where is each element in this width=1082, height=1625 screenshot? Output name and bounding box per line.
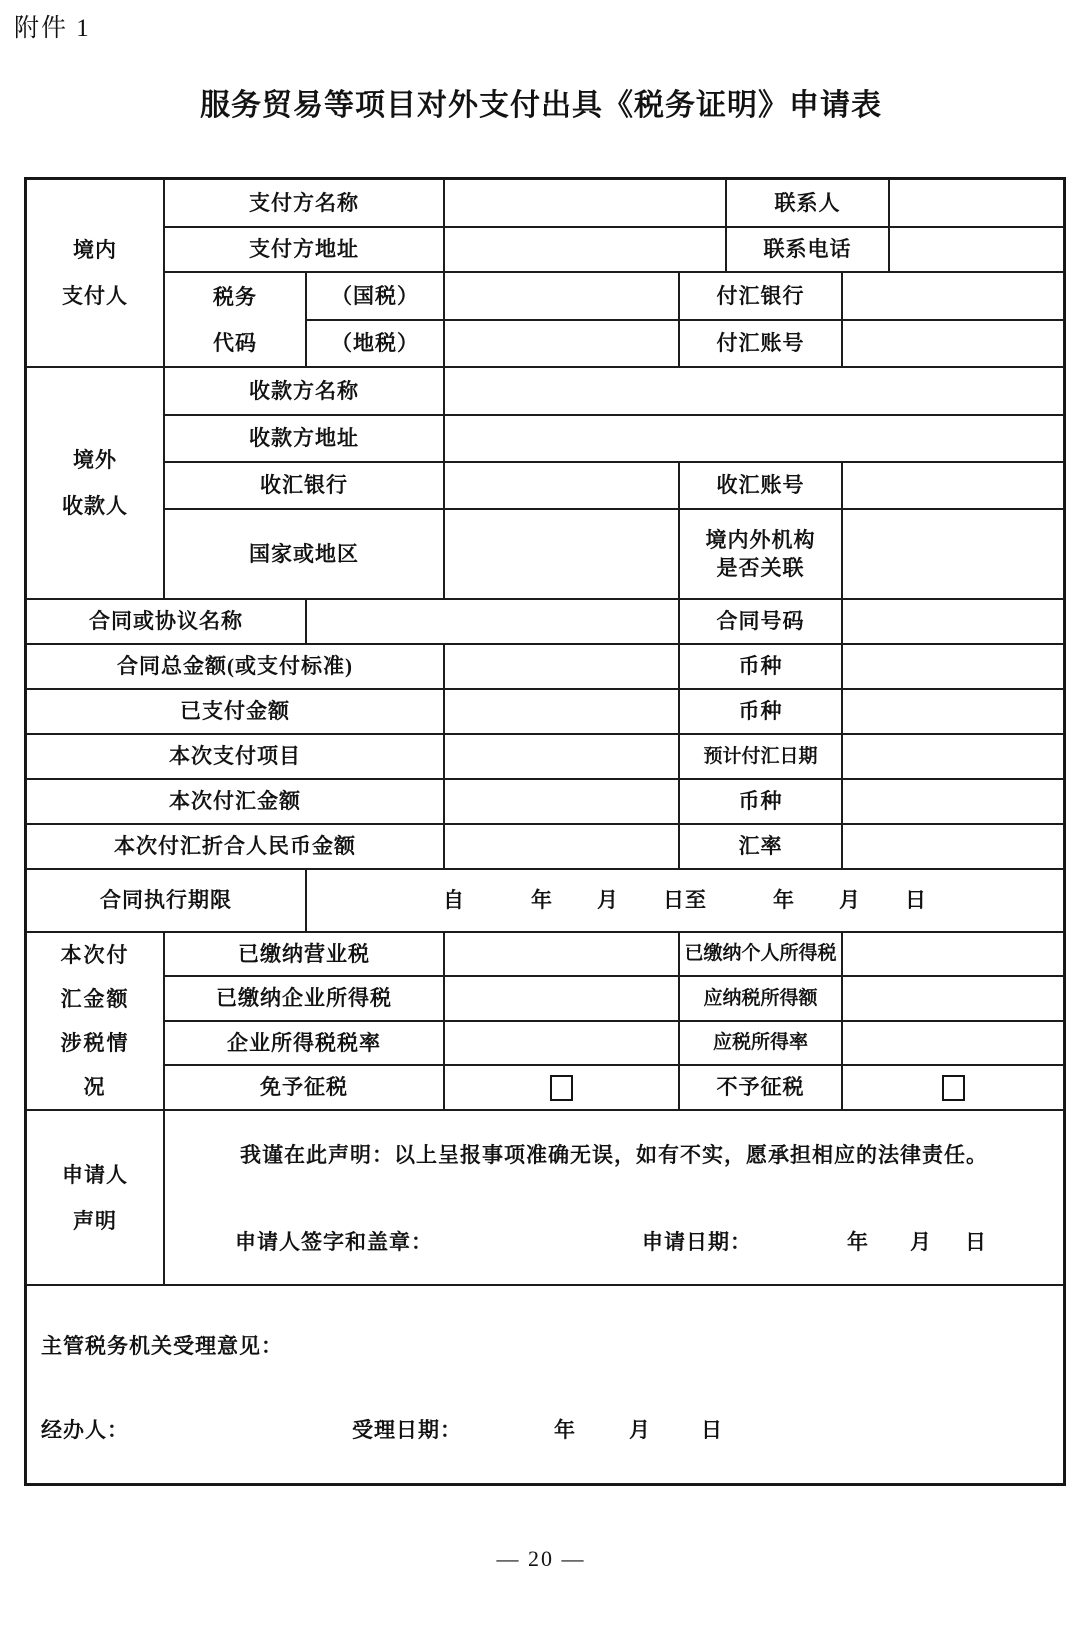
receive-bank-label: 收汇银行 xyxy=(164,462,444,509)
agreement-name-field[interactable] xyxy=(306,599,679,644)
authority-opinion-cell: 主管税务机关受理意见： 经办人： 受理日期： 年 月 日 xyxy=(26,1285,1064,1484)
paid-amount-field[interactable] xyxy=(444,689,679,734)
remit-amount-label: 本次付汇金额 xyxy=(26,779,444,824)
execution-period-field[interactable]: 自 年 月 日至 年 月 日 xyxy=(306,869,1064,932)
personal-income-tax-paid-field[interactable] xyxy=(842,932,1064,976)
page-number: — 20 — xyxy=(0,1546,1082,1572)
remit-account-field[interactable] xyxy=(842,320,1064,367)
rmb-equivalent-field[interactable] xyxy=(444,824,679,869)
national-tax-label: （国税） xyxy=(306,272,444,320)
application-date-month-label: 月 xyxy=(910,1228,932,1256)
section-declaration-header: 申请人 声明 xyxy=(26,1110,164,1285)
tax-exempt-label: 免予征税 xyxy=(164,1065,444,1110)
corporate-income-tax-rate-label: 企业所得税税率 xyxy=(164,1021,444,1065)
currency-label-3: 币种 xyxy=(679,779,842,824)
exchange-rate-field[interactable] xyxy=(842,824,1064,869)
currency-field-2[interactable] xyxy=(842,689,1064,734)
exchange-rate-label: 汇率 xyxy=(679,824,842,869)
business-tax-paid-field[interactable] xyxy=(444,932,679,976)
corporate-income-tax-paid-label: 已缴纳企业所得税 xyxy=(164,976,444,1021)
total-amount-label: 合同总金额(或支付标准) xyxy=(26,644,444,689)
total-amount-field[interactable] xyxy=(444,644,679,689)
personal-income-tax-paid-label: 已缴纳个人所得税 xyxy=(679,932,842,976)
declaration-content-cell: 我谨在此声明：以上呈报事项准确无误，如有不实，愿承担相应的法律责任。 申请人签字… xyxy=(164,1110,1064,1285)
agreement-name-label: 合同或协议名称 xyxy=(26,599,306,644)
application-date-label: 申请日期： xyxy=(642,1228,752,1256)
handler-label: 经办人： xyxy=(41,1416,129,1444)
payee-name-field[interactable] xyxy=(444,367,1064,415)
contract-number-field[interactable] xyxy=(842,599,1064,644)
national-tax-code-field[interactable] xyxy=(444,272,679,320)
country-region-label: 国家或地区 xyxy=(164,509,444,599)
section-tax-status-header: 本次付 汇金额 涉税情 况 xyxy=(26,932,164,1110)
accept-date-month-label: 月 xyxy=(629,1416,651,1444)
remit-bank-field[interactable] xyxy=(842,272,1064,320)
corporate-income-tax-paid-field[interactable] xyxy=(444,976,679,1021)
affiliation-field[interactable] xyxy=(842,509,1064,599)
declaration-statement: 我谨在此声明：以上呈报事项准确无误，如有不实，愿承担相应的法律责任。 xyxy=(240,1141,988,1169)
currency-field-1[interactable] xyxy=(842,644,1064,689)
checkbox-icon xyxy=(550,1075,573,1101)
remit-amount-field[interactable] xyxy=(444,779,679,824)
payee-address-label: 收款方地址 xyxy=(164,415,444,462)
document-page: 附件 1 服务贸易等项目对外支付出具《税务证明》申请表 境内 支付人 支付方名称… xyxy=(0,0,1082,1625)
payer-name-field[interactable] xyxy=(444,179,726,227)
application-date-day-label: 日 xyxy=(965,1228,987,1256)
contact-phone-label: 联系电话 xyxy=(726,227,889,272)
payer-name-label: 支付方名称 xyxy=(164,179,444,227)
payment-item-label: 本次支付项目 xyxy=(26,734,444,779)
payee-name-label: 收款方名称 xyxy=(164,367,444,415)
affiliation-label: 境内外机构 是否关联 xyxy=(679,509,842,599)
receive-bank-field[interactable] xyxy=(444,462,679,509)
execution-period-label: 合同执行期限 xyxy=(26,869,306,932)
local-tax-label: （地税） xyxy=(306,320,444,367)
currency-label-1: 币种 xyxy=(679,644,842,689)
expected-remit-date-label: 预计付汇日期 xyxy=(679,734,842,779)
signature-label: 申请人签字和盖章： xyxy=(235,1228,433,1256)
contact-person-field[interactable] xyxy=(889,179,1064,227)
taxable-income-amount-field[interactable] xyxy=(842,976,1064,1021)
application-form-table: 境内 支付人 支付方名称 联系人 支付方地址 联系电话 税务 代码 （国税） 付… xyxy=(24,177,1066,1486)
currency-field-3[interactable] xyxy=(842,779,1064,824)
remit-account-label: 付汇账号 xyxy=(679,320,842,367)
section-overseas-payee-header: 境外 收款人 xyxy=(26,367,164,599)
payer-address-field[interactable] xyxy=(444,227,726,272)
accept-date-year-label: 年 xyxy=(554,1416,576,1444)
receive-account-field[interactable] xyxy=(842,462,1064,509)
tax-exempt-checkbox-cell[interactable] xyxy=(444,1065,679,1110)
contact-person-label: 联系人 xyxy=(726,179,889,227)
payee-address-field[interactable] xyxy=(444,415,1064,462)
attachment-label: 附件 1 xyxy=(14,8,91,44)
payer-address-label: 支付方地址 xyxy=(164,227,444,272)
accept-date-label: 受理日期： xyxy=(352,1416,462,1444)
taxable-income-rate-label: 应税所得率 xyxy=(679,1021,842,1065)
application-date-year-label: 年 xyxy=(847,1228,869,1256)
rmb-equivalent-label: 本次付汇折合人民币金额 xyxy=(26,824,444,869)
taxable-income-amount-label: 应纳税所得额 xyxy=(679,976,842,1021)
paid-amount-label: 已支付金额 xyxy=(26,689,444,734)
tax-not-levied-label: 不予征税 xyxy=(679,1065,842,1110)
remit-bank-label: 付汇银行 xyxy=(679,272,842,320)
currency-label-2: 币种 xyxy=(679,689,842,734)
section-domestic-payer-header: 境内 支付人 xyxy=(26,179,164,367)
checkbox-icon xyxy=(942,1075,965,1101)
authority-opinion-label: 主管税务机关受理意见： xyxy=(41,1332,283,1360)
payment-item-field[interactable] xyxy=(444,734,679,779)
local-tax-code-field[interactable] xyxy=(444,320,679,367)
tax-not-levied-checkbox-cell[interactable] xyxy=(842,1065,1064,1110)
contact-phone-field[interactable] xyxy=(889,227,1064,272)
contract-number-label: 合同号码 xyxy=(679,599,842,644)
accept-date-day-label: 日 xyxy=(701,1416,723,1444)
taxable-income-rate-field[interactable] xyxy=(842,1021,1064,1065)
tax-code-label: 税务 代码 xyxy=(164,272,306,367)
page-title: 服务贸易等项目对外支付出具《税务证明》申请表 xyxy=(0,80,1082,124)
corporate-income-tax-rate-field[interactable] xyxy=(444,1021,679,1065)
expected-remit-date-field[interactable] xyxy=(842,734,1064,779)
receive-account-label: 收汇账号 xyxy=(679,462,842,509)
country-region-field[interactable] xyxy=(444,509,679,599)
business-tax-paid-label: 已缴纳营业税 xyxy=(164,932,444,976)
